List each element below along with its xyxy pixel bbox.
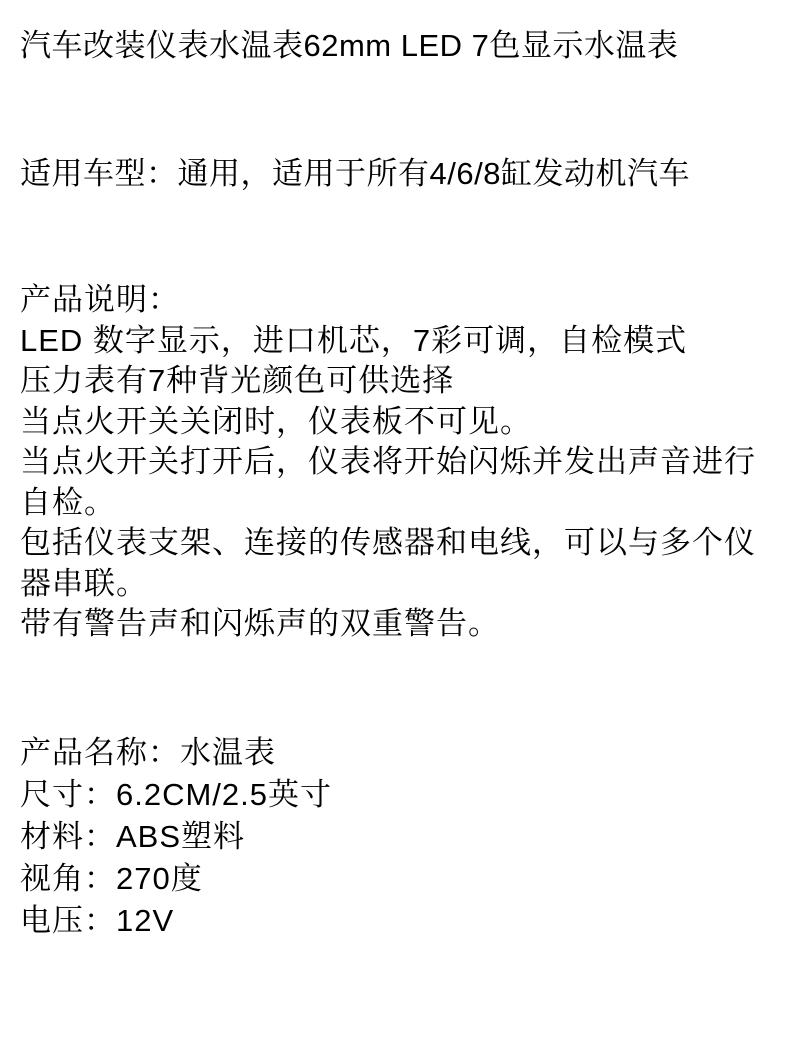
description-line-led-display: LED 数字显示，进口机芯，7彩可调，自检模式 (20, 321, 772, 362)
description-line-ignition-on: 当点火开关打开后，仪表将开始闪烁并发出声音进行 (20, 442, 772, 483)
spec-line-product-name: 产品名称：水温表 (20, 732, 772, 774)
description-line-daisy-chain: 器串联。 (20, 564, 772, 605)
spec-line-size: 尺寸：6.2CM/2.5英寸 (20, 774, 772, 816)
applicable-models-line: 适用车型：通用，适用于所有4/6/8缸发动机汽车 (20, 154, 772, 194)
spec-line-viewing-angle: 视角：270度 (20, 858, 772, 900)
spec-line-voltage: 电压：12V (20, 900, 772, 942)
product-description-section: 产品说明： LED 数字显示，进口机芯，7彩可调，自检模式 压力表有7种背光颜色… (20, 280, 772, 645)
description-line-backlight-colors: 压力表有7种背光颜色可供选择 (20, 361, 772, 402)
description-heading: 产品说明： (20, 280, 772, 321)
spec-line-material: 材料：ABS塑料 (20, 816, 772, 858)
product-description-document: 汽车改装仪表水温表62mm LED 7色显示水温表 适用车型：通用，适用于所有4… (0, 0, 790, 1038)
description-line-dual-warning: 带有警告声和闪烁声的双重警告。 (20, 604, 772, 645)
product-title: 汽车改装仪表水温表62mm LED 7色显示水温表 (20, 0, 772, 66)
product-specs-section: 产品名称：水温表 尺寸：6.2CM/2.5英寸 材料：ABS塑料 视角：270度… (20, 732, 772, 942)
description-line-self-check: 自检。 (20, 483, 772, 524)
description-line-includes-bracket-sensor: 包括仪表支架、连接的传感器和电线，可以与多个仪 (20, 523, 772, 564)
description-line-ignition-off: 当点火开关关闭时，仪表板不可见。 (20, 402, 772, 443)
